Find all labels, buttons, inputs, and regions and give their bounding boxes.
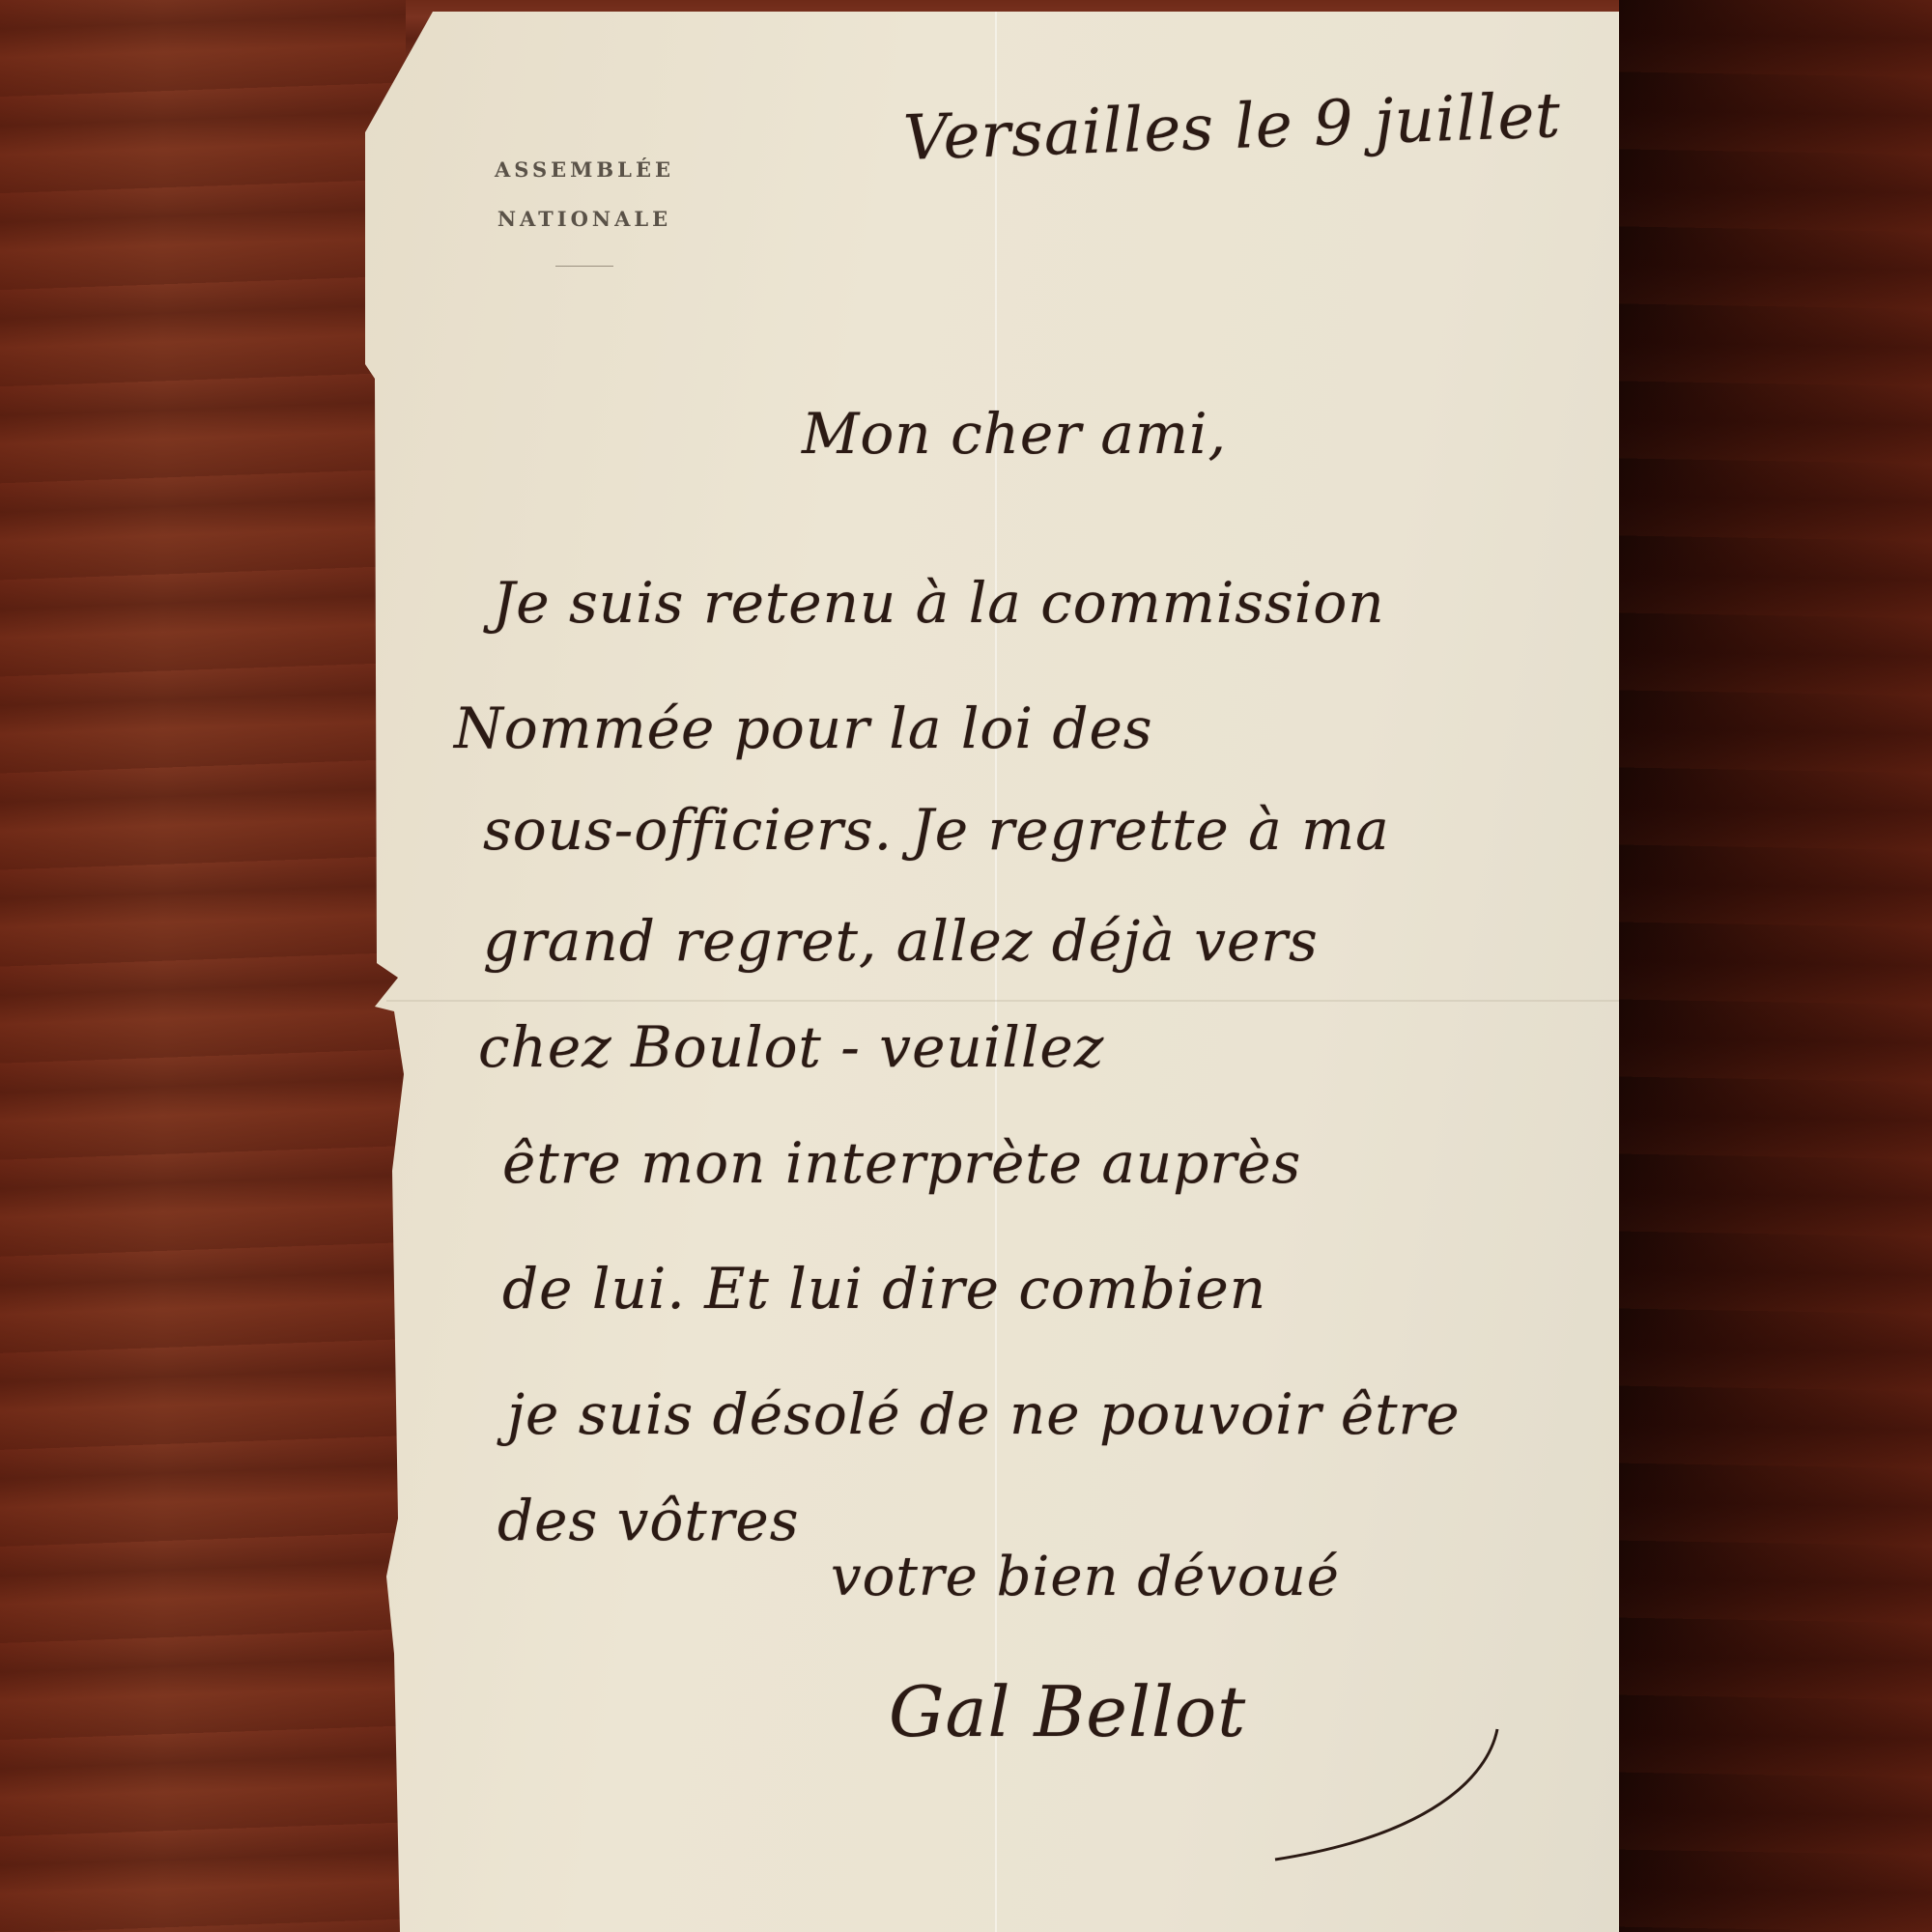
closing: votre bien dévoué [831,1546,1340,1608]
letterhead-rule [555,266,613,267]
signature: Gal Bellot [889,1671,1246,1752]
signature-flourish [1256,1719,1526,1864]
body-line: sous-officiers. Je regrette à ma [483,797,1390,863]
body-line: Nommée pour la loi des [454,696,1153,761]
body-line: de lui. Et lui dire combien [502,1256,1266,1321]
body-line: être mon interprète auprès [502,1130,1301,1196]
wood-background-left [0,0,406,1932]
letterhead-line-2: NATIONALE [497,207,671,231]
salutation: Mon cher ami, [802,401,1227,467]
fold-crease-horizontal [386,1000,1619,1002]
body-line: grand regret, allez déjà vers [483,908,1319,974]
body-line: je suis désolé de ne pouvoir être [507,1381,1461,1447]
letterhead: ASSEMBLÉE NATIONALE [440,159,729,267]
letterhead-line-1: ASSEMBLÉE [440,159,729,180]
body-line: chez Boulot - veuillez [478,1014,1104,1080]
body-line: Je suis retenu à la commission [493,570,1385,636]
wood-background-right [1619,0,1932,1932]
body-line: des vôtres [497,1488,799,1553]
